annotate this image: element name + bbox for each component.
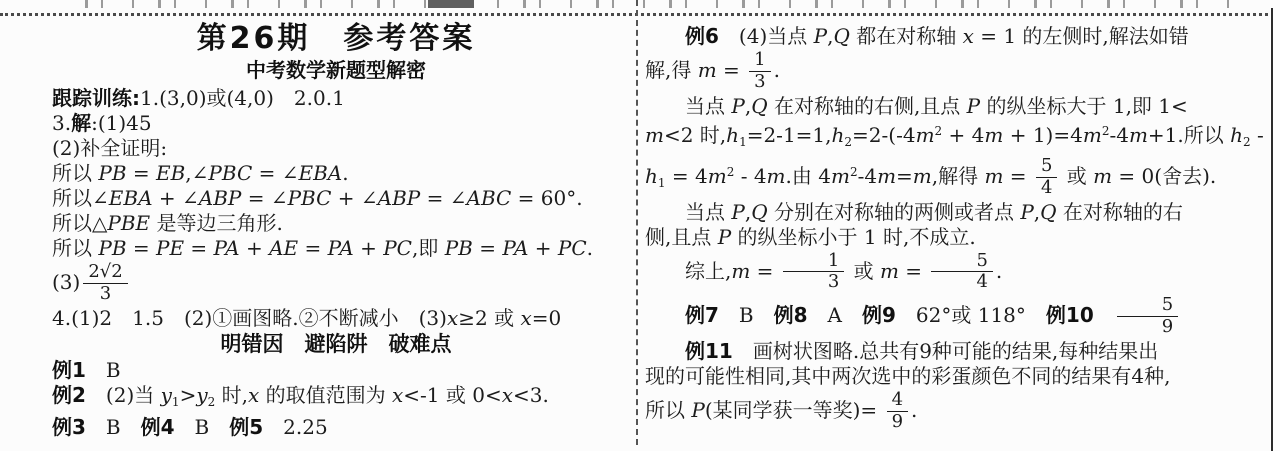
text-line: 当点 P,Q 在对称轴的右侧,且点 P 的纵坐标大于 1,即 1<: [645, 94, 1263, 119]
fraction: 2√23: [81, 263, 129, 304]
clipped-text-remnant: [428, 0, 474, 8]
text-line: 现的可能性相同,其中两次选中的彩蛋颜色不同的结果有4种,: [645, 364, 1263, 389]
text-line: 跟踪训练:1.(3,0)或(4,0) 2.0.1: [52, 86, 620, 111]
text-line: 所以 P(某同学获一等奖)= 49.: [645, 389, 1263, 434]
column-divider-dashed-rule: [636, 0, 638, 445]
text-line: 当点 P,Q 分别在对称轴的两侧或者点 P,Q 在对称轴的右: [645, 200, 1263, 225]
text-line: 所以∠EBA + ∠ABP = ∠PBC + ∠ABP = ∠ABC = 60°…: [52, 186, 620, 211]
text-line: 例7 B 例8 A 例9 62°或 118° 例10 59: [645, 294, 1263, 339]
right-answer-column: 例6 (4)当点 P,Q 都在对称轴 x = 1 的左侧时,解法如错解,得 m …: [645, 24, 1263, 434]
text-line: (2)补全证明:: [52, 136, 620, 161]
text-line: 解,得 m = 13.: [645, 49, 1263, 94]
text-line: 明错因 避陷阱 破难点: [52, 331, 620, 358]
page-title: 第26期 参考答案: [52, 21, 620, 57]
text-line: 所以 PB = EB,∠PBC = ∠EBA.: [52, 161, 620, 186]
answer-key-page: 第26期 参考答案 中考数学新题型解密 跟踪训练:1.(3,0)或(4,0) 2…: [0, 0, 1280, 451]
text-line: 综上,m = 13 或 m = 54.: [645, 250, 1263, 295]
text-line: (3)2√23: [52, 261, 620, 306]
text-line: 例2 (2)当 y1>y2 时,x 的取值范围为 x<-1 或 0<x<3.: [52, 383, 620, 415]
text-line: 例11 画树状图略.总共有9种可能的结果,每种结果出: [645, 339, 1263, 364]
text-line: 例1 B: [52, 358, 620, 383]
fraction: 49: [885, 391, 910, 432]
left-column-text: 跟踪训练:1.(3,0)或(4,0) 2.0.13.解:(1)45(2)补全证明…: [52, 86, 620, 440]
fraction: 13: [781, 252, 846, 293]
fraction: 13: [747, 51, 772, 92]
text-line: m<2 时,h1=2-1=1,h2=2-(-4m2 + 4m + 1)=4m2-…: [645, 119, 1263, 155]
fraction: 54: [1034, 157, 1059, 198]
fraction: 54: [929, 252, 994, 293]
fraction: 59: [1115, 296, 1180, 337]
page-subtitle: 中考数学新题型解密: [52, 57, 620, 83]
text-line: 例3 B 例4 B 例5 2.25: [52, 415, 620, 440]
left-answer-column: 第26期 参考答案 中考数学新题型解密 跟踪训练:1.(3,0)或(4,0) 2…: [52, 21, 620, 440]
text-line: 3.解:(1)45: [52, 111, 620, 136]
text-line: 侧,且点 P 的纵坐标小于 1 时,不成立.: [645, 225, 1263, 250]
right-edge-rule: [1271, 8, 1273, 451]
dotted-horizontal-rule: [0, 13, 1268, 16]
text-line: 所以 PB = PE = PA + AE = PA + PC,即 PB = PA…: [52, 236, 620, 261]
right-column-text: 例6 (4)当点 P,Q 都在对称轴 x = 1 的左侧时,解法如错解,得 m …: [645, 24, 1263, 434]
text-line: 例6 (4)当点 P,Q 都在对称轴 x = 1 的左侧时,解法如错: [645, 24, 1263, 49]
text-line: 所以△PBE 是等边三角形.: [52, 211, 620, 236]
clipped-text-row: [85, 0, 1235, 8]
text-line: h1 = 4m2 - 4m.由 4m2-4m=m,解得 m = 54 或 m =…: [645, 155, 1263, 200]
text-line: 4.(1)2 1.5 (2)①画图略.②不断减小 (3)x≥2 或 x=0: [52, 306, 620, 331]
